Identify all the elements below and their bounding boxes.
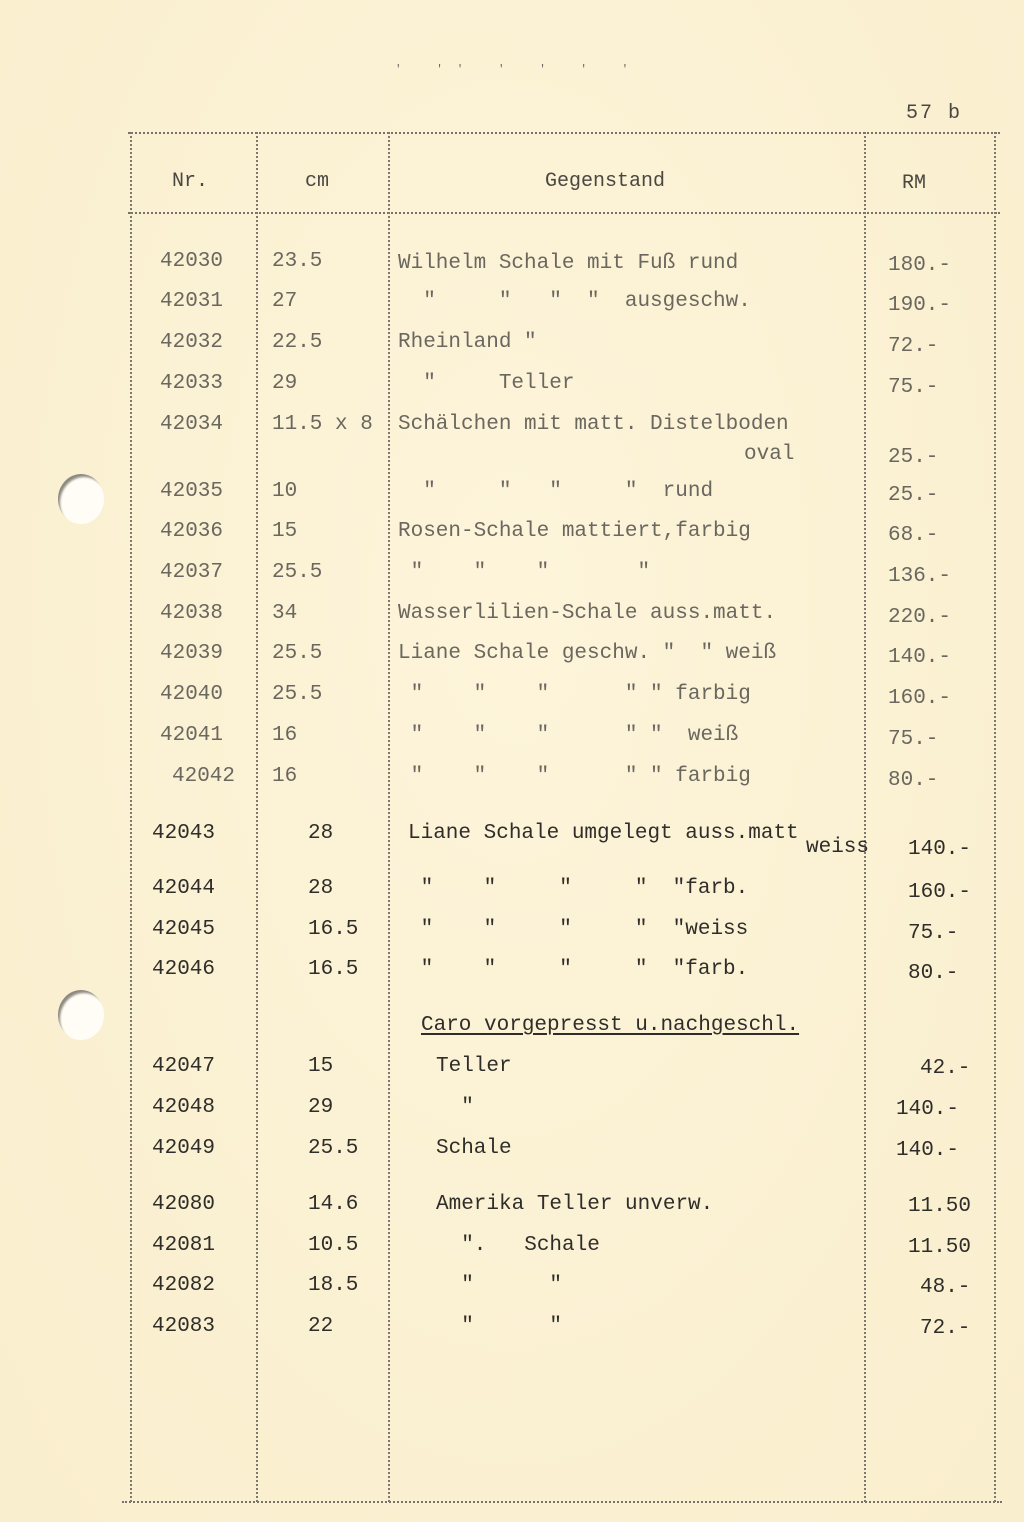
item-number: 42048 — [152, 1096, 215, 1120]
item-size-cm: 25.5 — [272, 683, 322, 707]
header-nr: Nr. — [172, 170, 208, 194]
item-size-cm: 22 — [308, 1315, 333, 1339]
item-number: 42043 — [152, 822, 215, 846]
item-price: 190.- — [888, 294, 951, 318]
item-price: 80.- — [908, 962, 958, 986]
item-number: 42034 — [160, 413, 223, 437]
item-number: 42030 — [160, 250, 223, 274]
item-description: Teller — [436, 1055, 512, 1079]
item-size-cm: 25.5 — [272, 642, 322, 666]
item-size-cm: 25.5 — [272, 561, 322, 585]
item-description: " " — [436, 1315, 562, 1339]
item-description: Rheinland " — [398, 331, 537, 355]
item-description: Rosen-Schale mattiert,farbig — [398, 520, 751, 544]
top-marks: ' '' ' ' ' ' — [395, 64, 642, 76]
item-size-cm: 16 — [272, 724, 297, 748]
item-number: 42083 — [152, 1315, 215, 1339]
item-size-cm: 27 — [272, 290, 297, 314]
col-border-nr-cm — [256, 132, 258, 1502]
item-description-line2: weiss — [806, 836, 869, 860]
item-number: 42081 — [152, 1234, 215, 1258]
item-price: 160.- — [888, 687, 951, 711]
item-number: 42037 — [160, 561, 223, 585]
item-price: 140.- — [896, 1098, 959, 1122]
item-price: 136.- — [888, 565, 951, 589]
item-description: Wasserlilien-Schale auss.matt. — [398, 602, 776, 626]
item-price: 180.- — [888, 254, 951, 278]
item-description: " " " " "weiss — [408, 918, 748, 942]
item-price: 80.- — [888, 769, 938, 793]
item-number: 42039 — [160, 642, 223, 666]
item-size-cm: 15 — [272, 520, 297, 544]
item-description: " " " " rund — [398, 480, 713, 504]
item-description: Wilhelm Schale mit Fuß rund — [398, 252, 738, 276]
item-description: Schale — [436, 1137, 512, 1161]
item-size-cm: 15 — [308, 1055, 333, 1079]
item-size-cm: 16 — [272, 765, 297, 789]
item-price: 48.- — [920, 1276, 970, 1300]
col-border-item-price — [864, 132, 866, 1502]
item-description: Liane Schale geschw. " " weiß — [398, 642, 776, 666]
item-number: 42041 — [160, 724, 223, 748]
item-price: 75.- — [908, 922, 958, 946]
item-number: 42080 — [152, 1193, 215, 1217]
item-price: 140.- — [908, 838, 971, 862]
item-number: 42038 — [160, 602, 223, 626]
item-description: Liane Schale umgelegt auss.matt — [408, 822, 799, 846]
item-price: 140.- — [896, 1139, 959, 1163]
item-size-cm: 22.5 — [272, 331, 322, 355]
item-number: 42044 — [152, 877, 215, 901]
header-rm: RM — [902, 172, 926, 196]
item-price: 72.- — [888, 335, 938, 359]
punch-hole-top — [58, 474, 104, 524]
item-size-cm: 25.5 — [308, 1137, 358, 1161]
item-description: Schälchen mit matt. Distelboden — [398, 413, 789, 437]
col-border-cm-item — [388, 132, 390, 1502]
item-description: " " " " "farb. — [408, 877, 748, 901]
header-cm: cm — [305, 170, 329, 194]
item-number: 42042 — [172, 765, 235, 789]
item-price: 68.- — [888, 524, 938, 548]
item-description-line2: oval — [744, 443, 794, 467]
item-number: 42035 — [160, 480, 223, 504]
item-price: 75.- — [888, 728, 938, 752]
header-bottom-border — [128, 212, 1000, 214]
item-number: 42082 — [152, 1274, 215, 1298]
item-size-cm: 10 — [272, 480, 297, 504]
item-number: 42036 — [160, 520, 223, 544]
item-description: " " " " ausgeschw. — [398, 290, 751, 314]
item-description: " " " " " farbig — [398, 683, 751, 707]
item-size-cm: 28 — [308, 822, 333, 846]
item-price: 220.- — [888, 606, 951, 630]
item-size-cm: 16.5 — [308, 958, 358, 982]
table-top-border — [128, 132, 1000, 134]
item-price: 140.- — [888, 646, 951, 670]
item-size-cm: 28 — [308, 877, 333, 901]
item-size-cm: 16.5 — [308, 918, 358, 942]
item-size-cm: 18.5 — [308, 1274, 358, 1298]
item-price: 25.- — [888, 484, 938, 508]
item-size-cm: 34 — [272, 602, 297, 626]
item-size-cm: 23.5 — [272, 250, 322, 274]
item-description: " " " " — [398, 561, 650, 585]
item-price: 160.- — [908, 881, 971, 905]
item-number: 42033 — [160, 372, 223, 396]
page-number: 57 b — [906, 102, 962, 125]
item-description: " " " " " farbig — [398, 765, 751, 789]
item-size-cm: 10.5 — [308, 1234, 358, 1258]
item-price: 75.- — [888, 376, 938, 400]
item-number: 42045 — [152, 918, 215, 942]
col-border-left — [130, 132, 132, 1502]
header-gegenstand: Gegenstand — [545, 170, 665, 194]
table-bottom-border — [122, 1501, 1002, 1503]
item-number: 42049 — [152, 1137, 215, 1161]
item-description: " Teller — [398, 372, 574, 396]
item-description: " " " " "farb. — [408, 958, 748, 982]
section-heading: Caro vorgepresst u.nachgeschl. — [421, 1014, 799, 1038]
item-price: 42.- — [920, 1057, 970, 1081]
item-number: 42031 — [160, 290, 223, 314]
item-size-cm: 29 — [272, 372, 297, 396]
item-description: " — [436, 1096, 474, 1120]
col-border-right — [994, 132, 996, 1502]
item-number: 42032 — [160, 331, 223, 355]
item-number: 42047 — [152, 1055, 215, 1079]
item-price: 72.- — [920, 1317, 970, 1341]
item-price: 11.50 — [908, 1195, 971, 1219]
punch-hole-bottom — [58, 990, 104, 1040]
item-description: " " — [436, 1274, 562, 1298]
item-description: " " " " " weiß — [398, 724, 738, 748]
item-size-cm: 11.5 x 8 — [272, 413, 373, 437]
item-number: 42040 — [160, 683, 223, 707]
item-price: 25.- — [888, 446, 938, 470]
item-description: Amerika Teller unverw. — [436, 1193, 713, 1217]
item-number: 42046 — [152, 958, 215, 982]
item-size-cm: 14.6 — [308, 1193, 358, 1217]
item-description: ". Schale — [436, 1234, 600, 1258]
item-price: 11.50 — [908, 1236, 971, 1260]
item-size-cm: 29 — [308, 1096, 333, 1120]
